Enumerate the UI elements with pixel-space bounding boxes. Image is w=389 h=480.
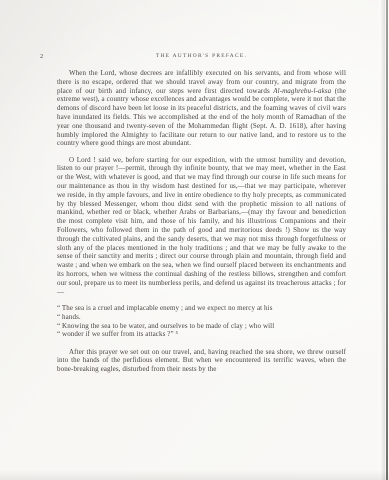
quote-line: “ hands. [57, 313, 346, 322]
page-edge-shading [379, 0, 385, 480]
running-head: 2 THE AUTHOR'S PREFACE. [57, 53, 346, 60]
quote-block: “ The sea is a cruel and implacable enem… [57, 304, 346, 339]
paragraph: When the Lord, whose decrees are infalli… [57, 69, 346, 148]
running-title: THE AUTHOR'S PREFACE. [57, 53, 346, 59]
text-span: After this prayer we set out on our trav… [57, 348, 346, 374]
italic-phrase: Al-maghrebu-l-aksa [273, 87, 331, 95]
text-span: O Lord ! said we, before starting for ou… [57, 156, 346, 296]
page-number: 2 [40, 53, 43, 60]
quote-line: “ The sea is a cruel and implacable enem… [57, 304, 346, 313]
paragraph: O Lord ! said we, before starting for ou… [57, 156, 346, 297]
quote-line: “ wonder if we suffer from its attacks ?… [57, 330, 346, 339]
paragraph: After this prayer we set out on our trav… [57, 348, 346, 374]
text-span: (the extreme west), a country whose exce… [57, 87, 346, 148]
scanned-book-page: 2 THE AUTHOR'S PREFACE. When the Lord, w… [0, 0, 389, 480]
page-edge-line [386, 0, 388, 480]
text-block: 2 THE AUTHOR'S PREFACE. When the Lord, w… [57, 53, 346, 374]
body-text: When the Lord, whose decrees are infalli… [57, 69, 346, 374]
quote-line: “ Knowing the sea to be water, and ourse… [57, 322, 346, 331]
